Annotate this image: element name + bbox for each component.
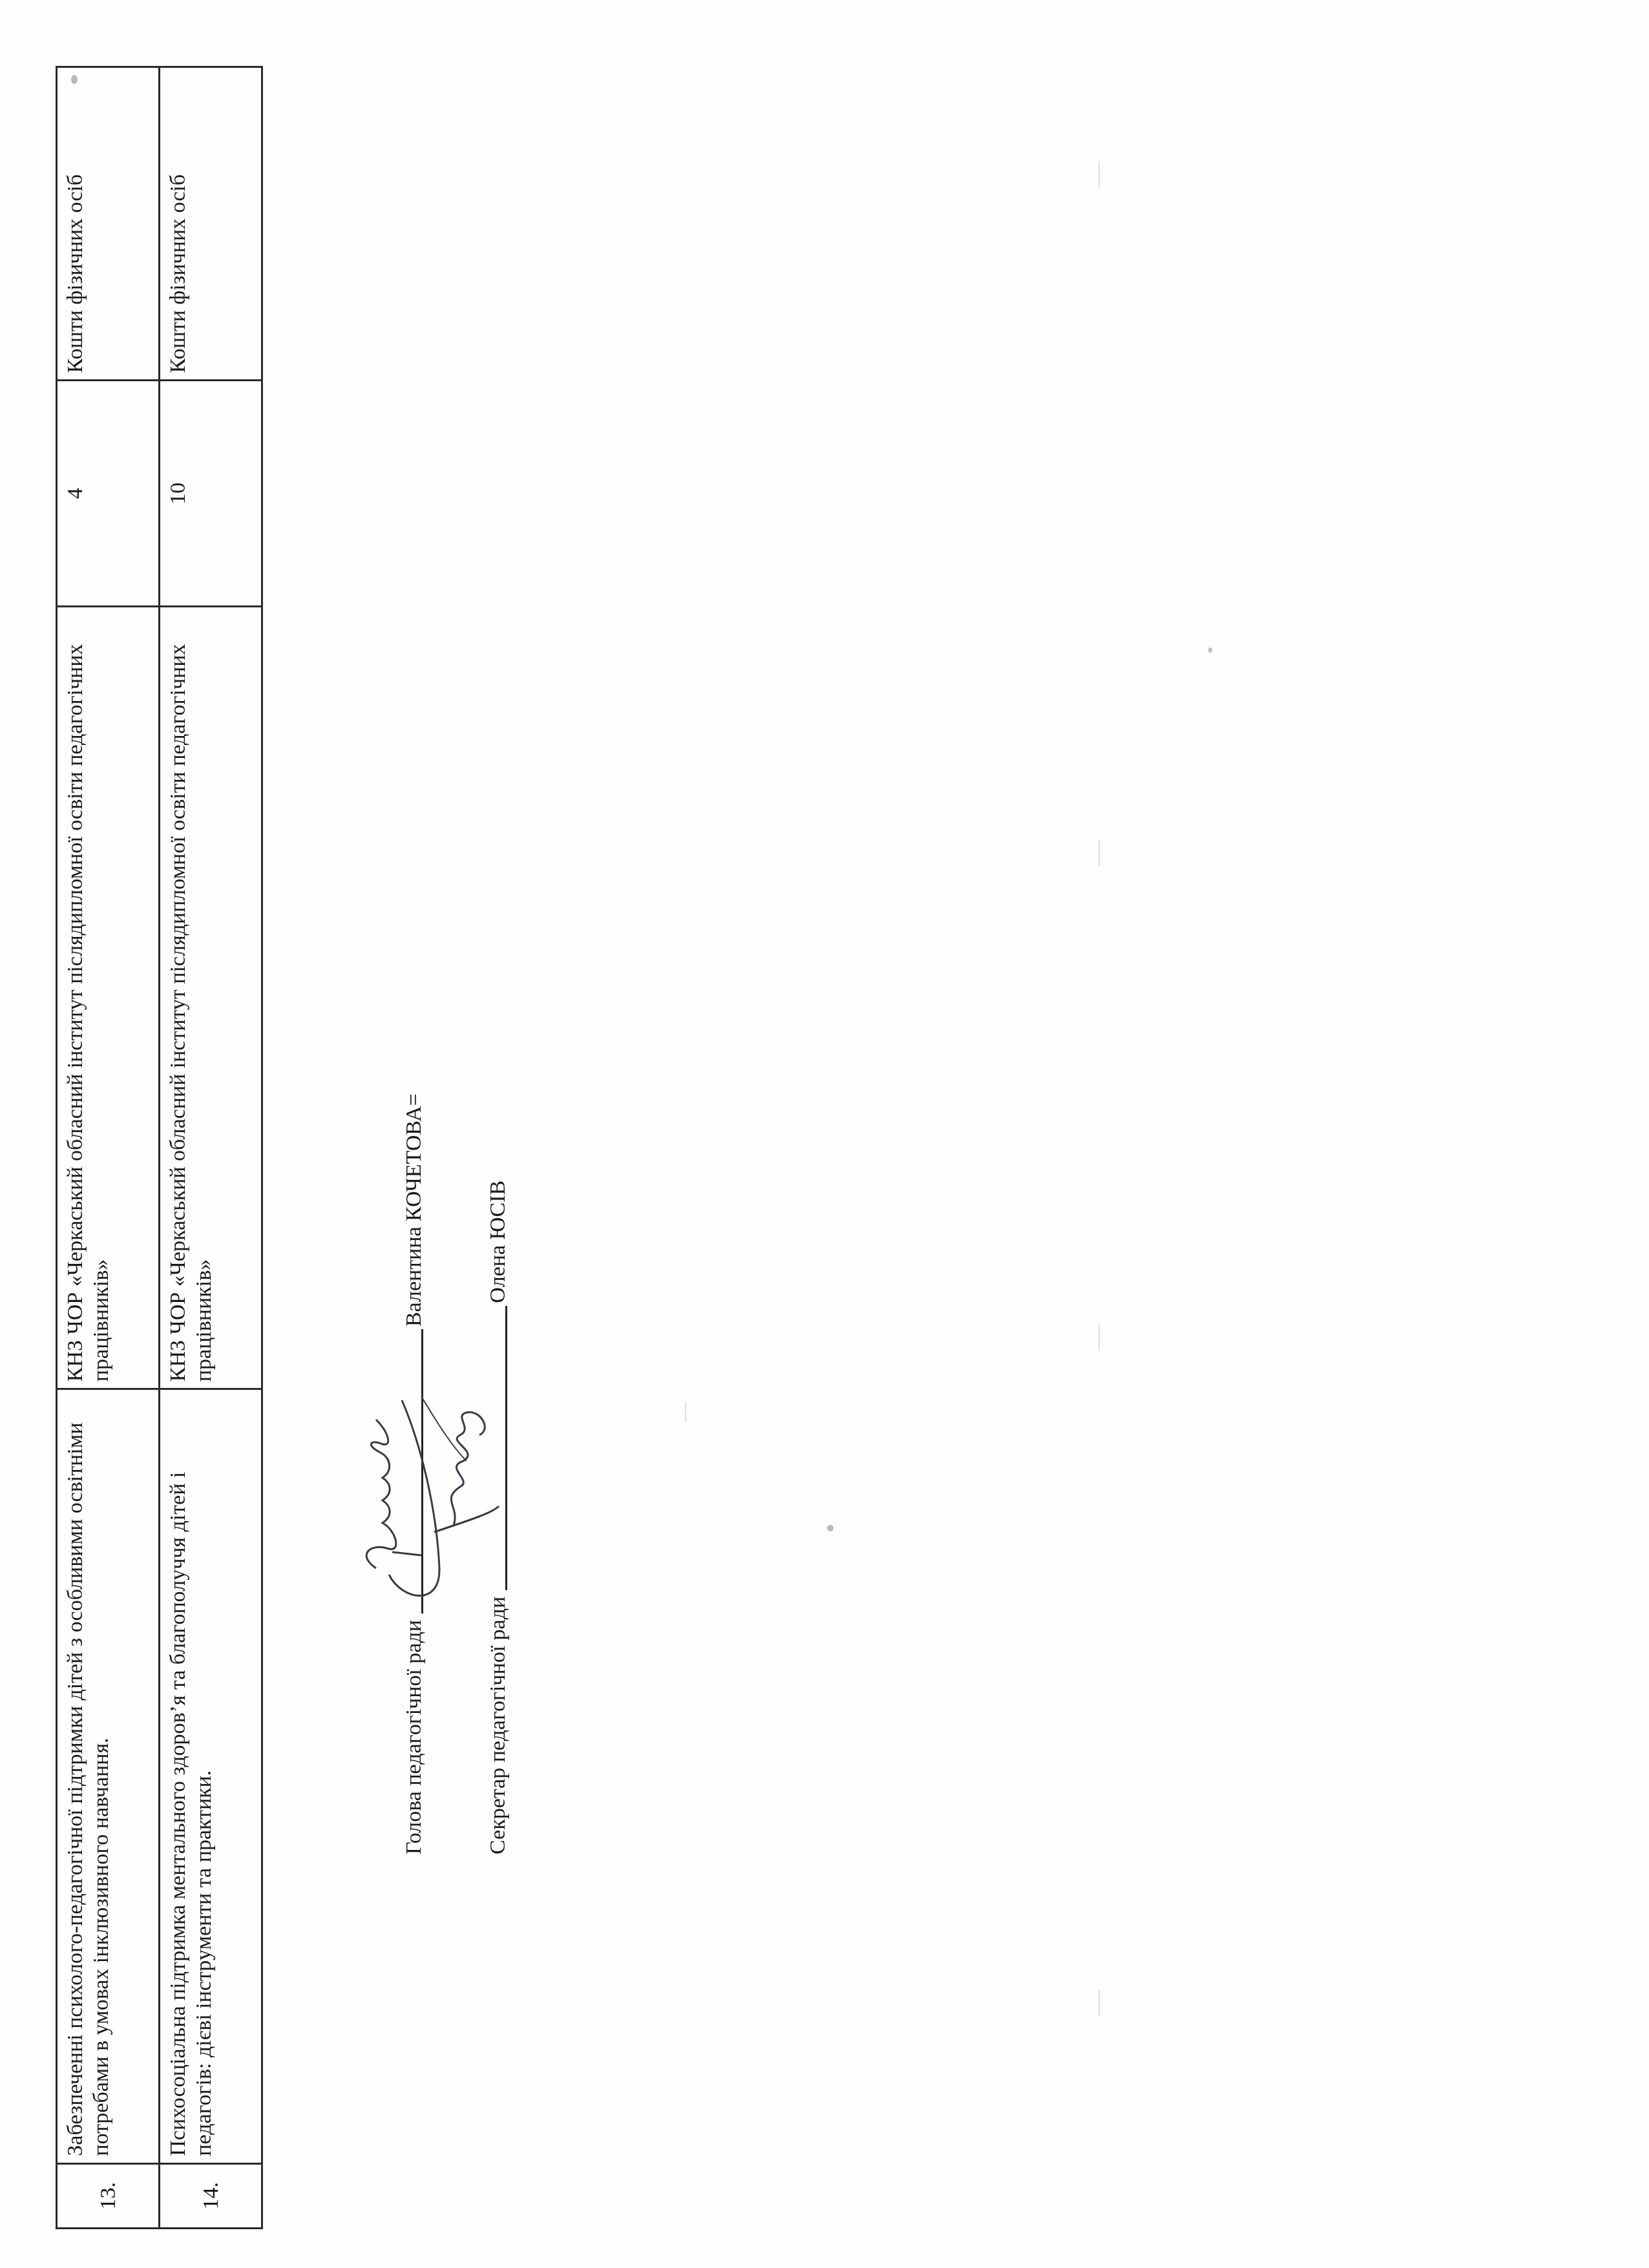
course-organization: КНЗ ЧОР «Черкаський обласний інститут пі… (57, 607, 160, 1389)
table-row: 13. Забезпеченні психолого-педагогічної … (57, 67, 160, 2229)
row-number: 14. (160, 2163, 262, 2228)
funding-source: Кошти фізичних осіб (160, 67, 262, 381)
course-hours: 4 (57, 381, 160, 607)
funding-source: Кошти фізичних осіб (57, 67, 160, 381)
chair-signature-line (395, 1329, 423, 1613)
secretary-name: Олена ЮСІВ (485, 1181, 511, 1303)
chair-signature-block: Голова педагогічної ради Валентина КОЧЕТ… (395, 1093, 427, 1854)
scan-speck (1208, 647, 1212, 653)
scan-mark (1098, 1990, 1100, 2016)
scan-mark (1098, 1325, 1100, 1350)
row-number: 13. (57, 2163, 160, 2228)
document-page: 13. Забезпеченні психолого-педагогічної … (0, 0, 1649, 2268)
course-topic: Забезпеченні психолого-педагогічної підт… (57, 1389, 160, 2164)
course-topic: Психосоціальна підтримка ментального здо… (160, 1389, 262, 2164)
secretary-signature-line (479, 1306, 507, 1590)
scan-mark (1098, 162, 1100, 187)
scan-speck (71, 75, 78, 84)
secretary-signature-block: Секретар педагогічної ради Олена ЮСІВ (479, 1181, 511, 1854)
courses-table: 13. Забезпеченні психолого-педагогічної … (56, 66, 263, 2229)
handwritten-signature-icon (447, 1306, 525, 1590)
scan-mark (685, 1402, 686, 1422)
handwritten-signature-icon (363, 1329, 441, 1613)
chair-name: Валентина КОЧЕТОВА= (401, 1093, 427, 1327)
secretary-title: Секретар педагогічної ради (485, 1597, 511, 1854)
scan-mark (1098, 840, 1100, 866)
course-hours: 10 (160, 381, 262, 607)
scan-speck (827, 1525, 834, 1531)
chair-title: Голова педагогічної ради (401, 1620, 427, 1854)
course-organization: КНЗ ЧОР «Черкаський обласний інститут пі… (160, 607, 262, 1389)
table-row: 14. Психосоціальна підтримка ментального… (160, 67, 262, 2229)
